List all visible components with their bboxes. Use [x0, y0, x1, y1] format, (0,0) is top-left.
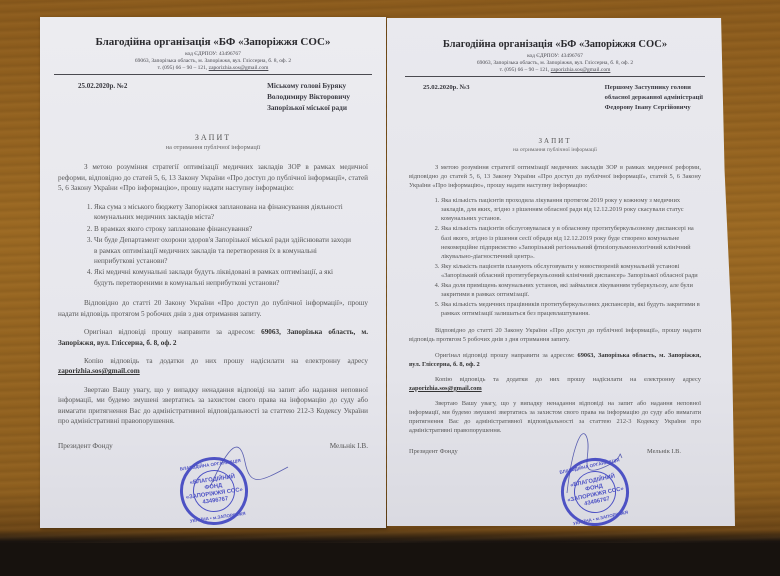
addressee-line: Першому Заступнику голови	[605, 83, 703, 93]
intro-paragraph: З метою розуміння стратегії оптимізації …	[54, 162, 372, 193]
org-email: zaporizhia.sos@gmail.com	[209, 65, 269, 71]
question-item: Яка кількість пацієнтів проходила лікува…	[441, 196, 701, 223]
original-prefix: Оригінал відповіді прошу направити за ад…	[84, 328, 255, 336]
question-item: Чи буде Департамент охорони здоров'я Зап…	[94, 235, 354, 266]
document-body: Благодійна організація «БФ «Запоріжжя СО…	[54, 35, 372, 451]
date-ref: 25.02.2020р. №3	[423, 83, 470, 113]
intro-paragraph: З метою розуміння стратегії оптимізації …	[405, 163, 705, 190]
addressee-line: Федорову Івану Сергійовичу	[605, 103, 703, 113]
signer-title: Президент Фонду	[58, 441, 113, 451]
addressee-line: Міському голові Буряку	[267, 81, 350, 92]
org-phone: т. (095) 66 – 90 – 121,	[158, 65, 208, 71]
question-item: Яку кількість пацієнтів планують обслуго…	[441, 262, 701, 280]
request-title: ЗАПИТ	[405, 137, 705, 147]
header-row: 25.02.2020р. №2 Міському голові Буряку В…	[54, 81, 372, 113]
signer-title: Президент Фонду	[409, 447, 458, 456]
header-row: 25.02.2020р. №3 Першому Заступнику голов…	[405, 83, 705, 113]
stamp-center: «БЛАГОДІЙНИЙ ФОНД «ЗАПОРІЖЖЯ СОС» 434967…	[181, 473, 246, 509]
warning-paragraph: Звертаю Вашу увагу, що у випадку ненадан…	[54, 385, 372, 427]
addressee: Міському голові Буряку Володимиру Віктор…	[267, 81, 350, 113]
request-title: ЗАПИТ	[54, 132, 372, 144]
header-divider	[54, 74, 372, 75]
org-email: zaporizhia.sos@gmail.com	[551, 67, 611, 73]
original-address-paragraph: Оригінал відповіді прошу направити за ад…	[54, 327, 372, 348]
addressee-line: Володимиру Вікторовичу	[267, 92, 350, 103]
header-divider	[405, 76, 705, 77]
copy-email-link[interactable]: zaporizhia.sos@gmail.com	[409, 385, 482, 392]
question-item: Яка доля приміщень комунальних установ, …	[441, 281, 701, 299]
copy-prefix: Копію відповідь та додатки до них прошу …	[84, 357, 368, 365]
copy-email-link[interactable]: zaporizhia.sos@gmail.com	[58, 367, 140, 375]
document-body: Благодійна організація «БФ «Запоріжжя СО…	[405, 38, 705, 456]
signer-name: Мельнік І.В.	[330, 441, 368, 451]
question-item: Яка кількість пацієнтів обслуговувалася …	[441, 224, 701, 260]
question-item: Яка кількість медичних працівників проти…	[441, 300, 701, 318]
signer-name: Мельнік І.В.	[647, 447, 681, 456]
dark-floor	[0, 543, 780, 576]
stamp-ring-bottom: УКРАЇНА • м.ЗАПОРІЖЖЯ	[187, 510, 249, 524]
copy-prefix: Копію відповідь та додатки до них прошу …	[435, 376, 701, 383]
question-item: Яка сума з міського бюджету Запоріжжя за…	[94, 202, 354, 223]
stamp-center: «БЛАГОДІЙНИЙ ФОНД «ЗАПОРІЖЖЯ СОС» 434967…	[562, 472, 628, 512]
deadline-paragraph: Відповідно до статті 20 Закону України «…	[405, 326, 705, 344]
copy-email-paragraph: Копію відповідь та додатки до них прошу …	[54, 356, 372, 377]
stamp-ring-top: БЛАГОДІЙНА ОРГАНІЗАЦІЯ	[179, 458, 241, 472]
org-phone: т. (095) 66 – 90 – 121,	[500, 67, 550, 73]
org-code: код ЄДРПОУ: 43496767	[405, 53, 705, 60]
document-page-right: Благодійна організація «БФ «Запоріжжя СО…	[387, 18, 735, 526]
addressee-line: обласної державної адміністрації	[605, 93, 703, 103]
request-subtitle: на отримання публічної інформації	[405, 147, 705, 155]
org-contacts: т. (095) 66 – 90 – 121, zaporizhia.sos@g…	[54, 65, 372, 72]
document-page-left: Благодійна організація «БФ «Запоріжжя СО…	[40, 17, 386, 528]
addressee: Першому Заступнику голови обласної держа…	[605, 83, 703, 113]
copy-email-paragraph: Копію відповідь та додатки до них прошу …	[405, 375, 705, 393]
questions-list: Яка кількість пацієнтів проходила лікува…	[405, 196, 705, 318]
addressee-line: Запорізької міської ради	[267, 103, 350, 114]
questions-list: Яка сума з міського бюджету Запоріжжя за…	[54, 202, 372, 289]
org-code: код ЄДРПОУ: 43496767	[54, 51, 372, 58]
request-subtitle: на отримання публічної інформації	[54, 143, 372, 152]
question-item: В врамках якого строку заплановане фінан…	[94, 224, 354, 234]
org-name: Благодійна організація «БФ «Запоріжжя СО…	[54, 35, 372, 51]
question-item: Які медичні комунальні заклади будуть лі…	[94, 267, 354, 288]
stamp-ring-bottom: УКРАЇНА • м.ЗАПОРІЖЖЯ	[570, 509, 632, 527]
org-name: Благодійна організація «БФ «Запоріжжя СО…	[405, 38, 705, 53]
original-address-paragraph: Оригінал відповіді прошу направити за ад…	[405, 351, 705, 369]
deadline-paragraph: Відповідно до статті 20 Закону України «…	[54, 298, 372, 319]
original-prefix: Оригінал відповіді прошу направити за ад…	[435, 352, 575, 359]
org-contacts: т. (095) 66 – 90 – 121, zaporizhia.sos@g…	[405, 67, 705, 74]
date-ref: 25.02.2020р. №2	[78, 81, 127, 113]
